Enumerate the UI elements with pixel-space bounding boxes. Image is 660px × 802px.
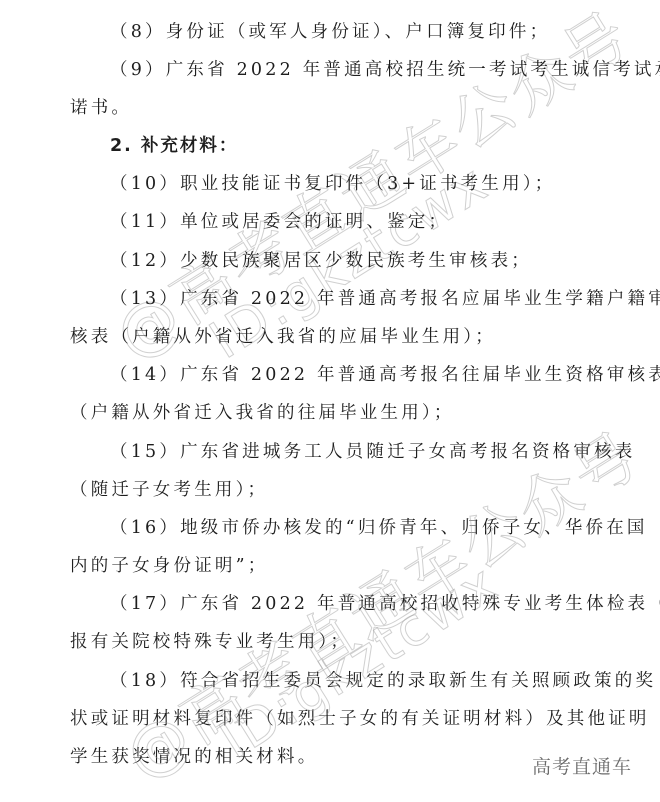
list-item-14-continued: （户籍从外省迁入我省的往届毕业生用）； xyxy=(70,401,455,425)
list-item-8: （8）身份证（或军人身份证）、户口簿复印件； xyxy=(110,20,550,44)
list-item-17-continued: 报有关院校特殊专业考生用）； xyxy=(70,630,351,654)
list-item-17: （17）广东省 2022 年普通高校招收特殊专业考生体检表（填 xyxy=(110,592,660,616)
brand-label: 高考直通车 xyxy=(532,752,632,779)
list-item-13: （13）广东省 2022 年普通高考报名应届毕业生学籍户籍审 xyxy=(110,287,660,311)
list-item-18-continued: 状或证明材料复印件（如烈士子女的有关证明材料）及其他证明 xyxy=(70,707,650,731)
list-item-13-continued: 核表（户籍从外省迁入我省的应届毕业生用）； xyxy=(70,325,496,349)
list-item-12: （12）少数民族聚居区少数民族考生审核表； xyxy=(110,249,532,273)
section-heading: 2. 补充材料： xyxy=(110,134,238,158)
list-item-18-continued-2: 学生获奖情况的相关材料。 xyxy=(70,745,318,769)
list-item-16-continued: 内的子女身份证明”； xyxy=(70,554,268,578)
list-item-15-continued: （随迁子女考生用）； xyxy=(70,478,268,502)
list-item-10: （10）职业技能证书复印件（3+证书考生用）； xyxy=(110,172,555,196)
list-item-14: （14）广东省 2022 年普通高考报名往届毕业生资格审核表 xyxy=(110,363,660,387)
list-item-16: （16）地级市侨办核发的“归侨青年、归侨子女、华侨在国 xyxy=(110,516,648,540)
list-item-9: （9）广东省 2022 年普通高校招生统一考试考生诚信考试承 xyxy=(110,58,660,82)
document-page: @高考直通车公众号 ID:gkztcwx （8）身份证（或军人身份证）、户口簿复… xyxy=(0,0,660,802)
list-item-11: （11）单位或居委会的证明、鉴定； xyxy=(110,210,449,234)
list-item-18: （18）符合省招生委员会规定的录取新生有关照顾政策的奖 xyxy=(110,669,656,693)
list-item-15: （15）广东省进城务工人员随迁子女高考报名资格审核表 xyxy=(110,440,635,464)
list-item-9-continued: 诺书。 xyxy=(70,96,132,120)
watermark-id-lower: ID:gkztcwx xyxy=(210,553,509,771)
